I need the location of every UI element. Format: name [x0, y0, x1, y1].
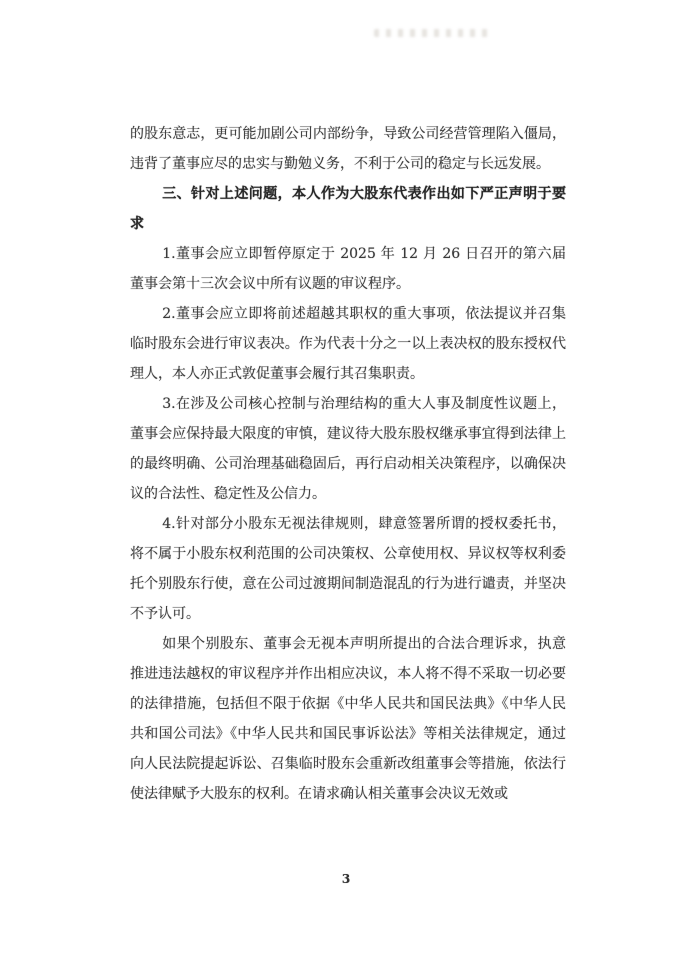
paragraph-legal-warning: 如果个别股东、董事会无视本声明所提出的合法合理诉求，执意推进违法越权的审议程序并… [130, 629, 566, 809]
page-number: 3 [0, 872, 692, 886]
scanned-document-page: 的股东意志，更可能加剧公司内部纷争，导致公司经营管理陷入僵局，违背了董事应尽的忠… [0, 0, 692, 979]
clause-3: 3.在涉及公司核心控制与治理结构的重大人事及制度性议题上，董事会应保持最大限度的… [130, 389, 566, 509]
clause-2: 2.董事会应立即将前述超越其职权的重大事项，依法提议并召集临时股东会进行审议表决… [130, 299, 566, 389]
clause-1: 1.董事会应立即暂停原定于 2025 年 12 月 26 日召开的第六届董事会第… [130, 239, 566, 299]
ink-bleed-artifact [374, 29, 492, 37]
section-heading: 三、针对上述问题，本人作为大股东代表作出如下严正声明于要求 [130, 179, 566, 239]
document-body: 的股东意志，更可能加剧公司内部纷争，导致公司经营管理陷入僵局，违背了董事应尽的忠… [130, 119, 566, 809]
paragraph-continuation: 的股东意志，更可能加剧公司内部纷争，导致公司经营管理陷入僵局，违背了董事应尽的忠… [130, 119, 566, 179]
clause-4: 4.针对部分小股东无视法律规则，肆意签署所谓的授权委托书，将不属于小股东权利范围… [130, 509, 566, 629]
